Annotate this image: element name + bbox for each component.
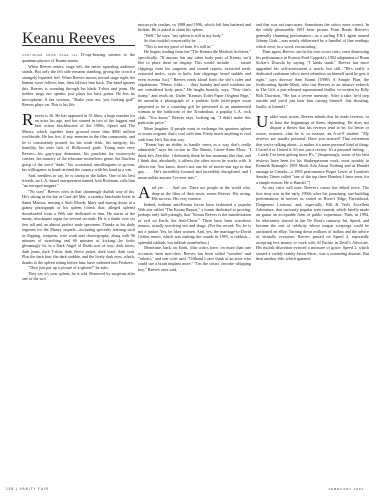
paragraph: And yet . . . And yet. There are people … — [138, 185, 251, 201]
magazine-name: VANITY FAIR — [20, 487, 49, 491]
paragraph: "Keanu has an ability to handle stress i… — [138, 142, 251, 180]
title-rule — [22, 45, 135, 46]
paragraph: Then again, Reeves can be his own worst … — [256, 49, 369, 109]
drop-cap: A — [138, 186, 150, 199]
article-column-3: and that was not inaccurate. Sometimes t… — [256, 22, 369, 261]
paragraph: Reeves is 36. He has appeared in 35 film… — [22, 113, 135, 173]
paragraph: Meantime, back on Earth, film critics ha… — [138, 245, 251, 272]
paragraph: and that was not inaccurate. Sometimes t… — [256, 22, 369, 49]
paragraph: They say it's your spleen, he is told. R… — [22, 271, 135, 282]
issue-date: FEBRUARY 2001 — [329, 487, 364, 491]
paragraph: Unlike most actors, Reeves admits that h… — [256, 114, 369, 185]
folio-separator: | — [16, 487, 18, 491]
page-number: 138 — [6, 487, 14, 491]
paragraph: When Reeves enters, stage left, the enti… — [22, 64, 135, 108]
paragraph: And, needless to say, he is catnip to th… — [22, 173, 135, 189]
continued-label: CONTINUED FROM PAGE 111 — [22, 54, 78, 57]
article-column-1: CONTINUED FROM PAGE 111 D-cup-bearing wi… — [22, 52, 135, 282]
paragraph: He begins reading from the "The Keanuvil… — [138, 49, 251, 125]
paragraph: More laughter. If people want to exchang… — [138, 126, 251, 142]
article-column-2: motorcycle crashes, in 1988 and 1996, wh… — [138, 22, 251, 272]
paragraph: "No way!" Reeves cries in that charmingl… — [22, 189, 135, 265]
page-footer-folio: 138|VANITY FAIR — [6, 487, 49, 491]
magazine-page: Keanu Reeves CONTINUED FROM PAGE 111 D-c… — [0, 0, 386, 500]
paragraph: As any critic will note, Reeves's career… — [256, 185, 369, 261]
paragraph: motorcycle crashes, in 1988 and 1996, wh… — [138, 22, 251, 33]
drop-cap: U — [256, 115, 268, 128]
paragraph: CONTINUED FROM PAGE 111 D-cup-bearing wi… — [22, 52, 135, 64]
drop-cap: R — [22, 113, 33, 126]
paragraph: Indeed, militant anti-Keanu forces have … — [138, 202, 251, 246]
